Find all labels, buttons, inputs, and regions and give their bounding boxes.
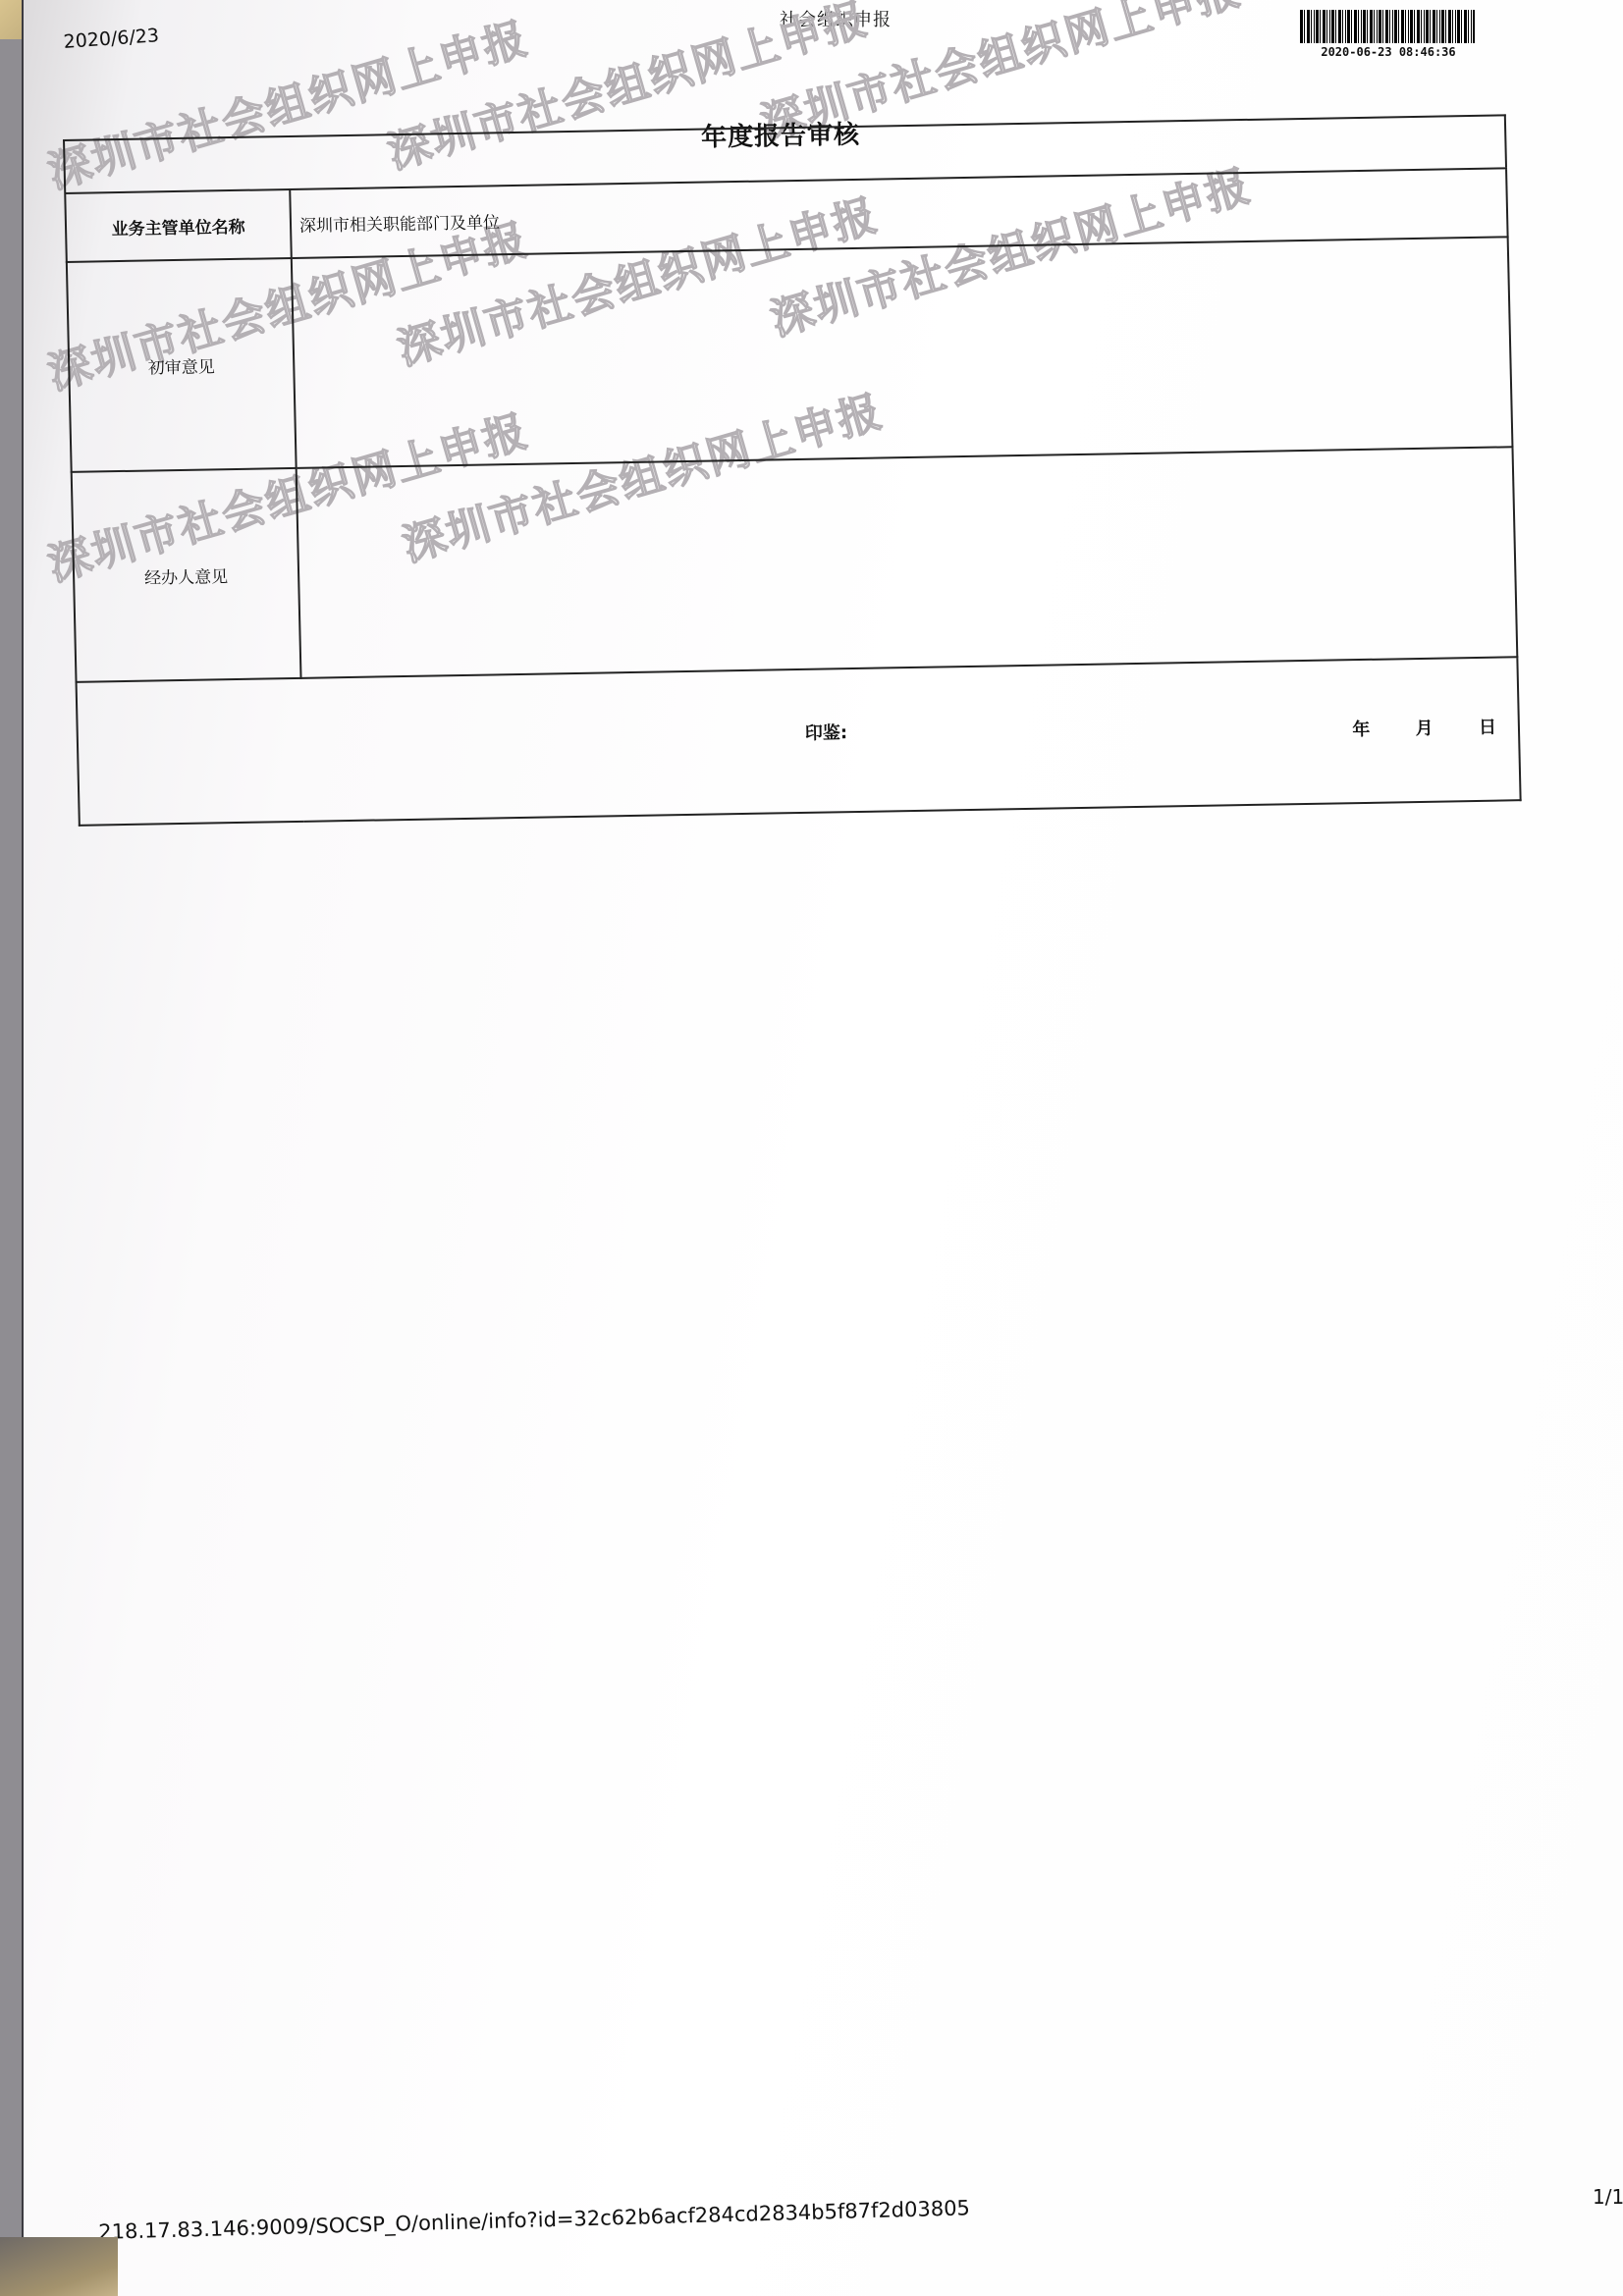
- barcode-timestamp: 2020-06-23 08:46:36: [1300, 45, 1477, 59]
- page-number: 1/1: [1593, 2185, 1623, 2209]
- form-row-initial-review: 初审意见: [67, 237, 1513, 472]
- year-label: 年: [1352, 720, 1370, 740]
- barcode-icon: [1300, 10, 1475, 43]
- month-label: 月: [1415, 719, 1433, 739]
- seal-label: 印鉴:: [805, 719, 848, 745]
- handler-opinion-field: [297, 447, 1518, 678]
- initial-review-field: [292, 237, 1513, 468]
- signature-cell: 印鉴: 年 月 日: [77, 657, 1521, 826]
- form-row-signature: 印鉴: 年 月 日: [77, 657, 1521, 826]
- footer-url: 218.17.83.146:9009/SOCSP_O/online/info?i…: [98, 2196, 970, 2244]
- barcode-block: 2020-06-23 08:46:36: [1300, 10, 1477, 59]
- form-row-handler-opinion: 经办人意见: [72, 447, 1518, 682]
- annual-report-review-form: 业务主管单位名称 深圳市相关职能部门及单位 初审意见 经办人意见 印鉴: 年 月…: [63, 114, 1521, 794]
- desk-background: [0, 2237, 118, 2296]
- print-date: 2020/6/23: [63, 25, 160, 53]
- day-label: 日: [1479, 718, 1496, 738]
- document-page: 2020/6/23 社会组织申报 2020-06-23 08:46:36 深圳市…: [22, 0, 1623, 2296]
- initial-review-label: 初审意见: [67, 258, 297, 472]
- handler-opinion-label: 经办人意见: [72, 468, 301, 682]
- supervisor-label: 业务主管单位名称: [65, 189, 292, 262]
- site-name-header: 社会组织申报: [780, 6, 892, 31]
- date-fields: 年 月 日: [1313, 714, 1496, 742]
